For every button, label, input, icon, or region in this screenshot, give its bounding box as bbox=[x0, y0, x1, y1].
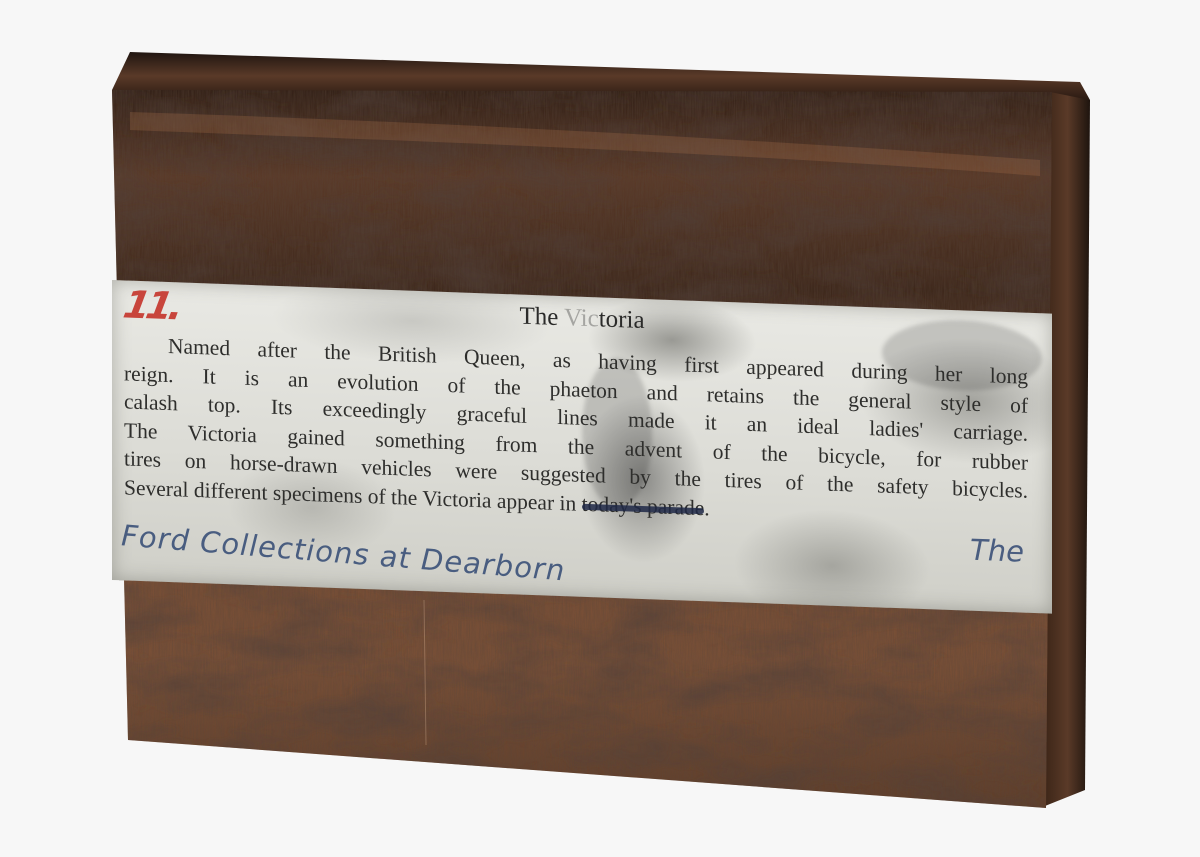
label-body-text: Named after the British Queen, as having… bbox=[124, 330, 1028, 534]
title-faded: Vic bbox=[564, 304, 599, 332]
struck-text: today's parade bbox=[582, 492, 705, 520]
title-end: toria bbox=[599, 305, 645, 334]
paper-label: 11. The Victoria Named after the British… bbox=[112, 280, 1052, 614]
after-strike: . bbox=[704, 496, 709, 520]
title-the: The bbox=[519, 303, 558, 331]
handwritten-insert-end: The bbox=[970, 533, 1024, 569]
photo-scene: 11. The Victoria Named after the British… bbox=[0, 0, 1200, 857]
